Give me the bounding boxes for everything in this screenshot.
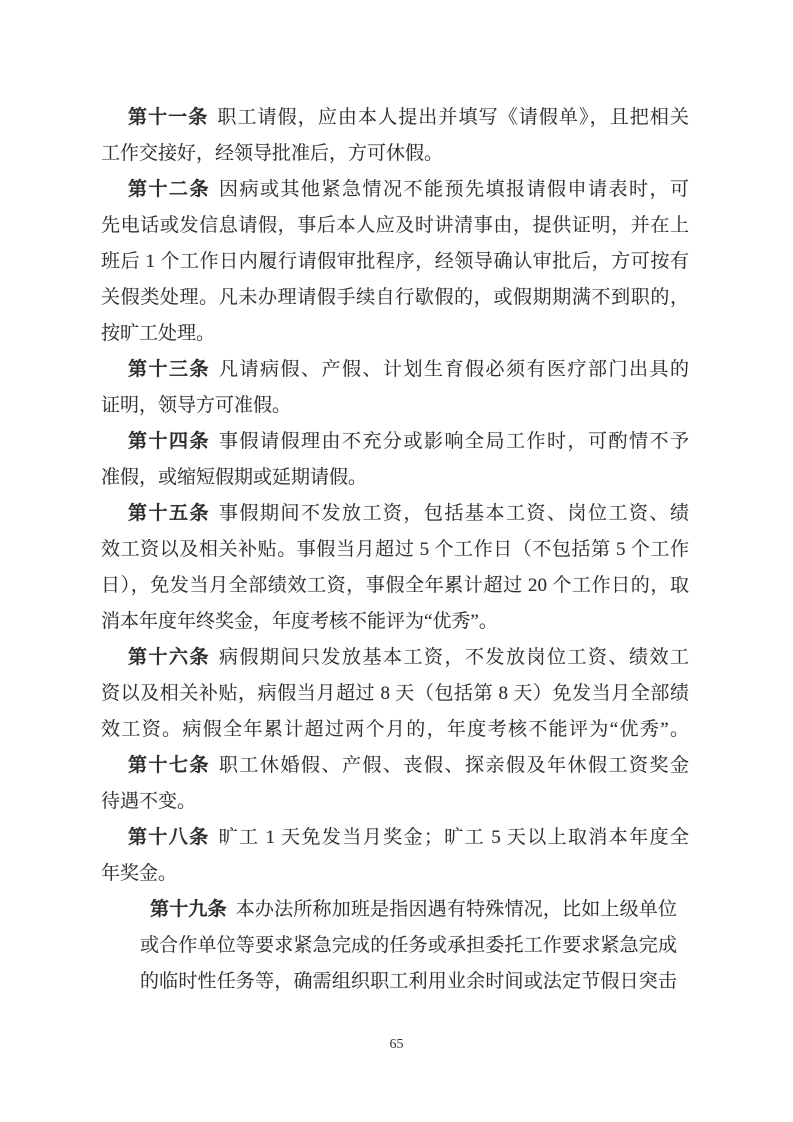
article-line: 年奖金。	[101, 856, 689, 892]
article-heading: 第十一条	[128, 107, 208, 128]
article-line: 第十一条职工请假，应由本人提出并填写《请假单》，且把相关	[101, 100, 689, 136]
article-line: 的临时性任务等，确需组织职工利用业余时间或法定节假日突击完	[140, 964, 677, 1000]
article-text: 因病或其他紧急情况不能预先填报请假申请表时，可	[219, 179, 689, 200]
article-line: 班后 1 个工作日内履行请假审批程序，经领导确认审批后，方可按有	[101, 244, 689, 280]
document-page: 第十一条职工请假，应由本人提出并填写《请假单》，且把相关 工作交接好，经领导批准…	[0, 0, 793, 1122]
article-line: 先电话或发信息请假，事后本人应及时讲清事由，提供证明，并在上	[101, 208, 689, 244]
article-text: 本办法所称加班是指因遇有特殊情况，比如上级单位	[236, 899, 677, 920]
article-line: 资以及相关补贴，病假当月超过 8 天（包括第 8 天）免发当月全部绩	[101, 676, 689, 712]
article-line: 证明，领导方可准假。	[101, 388, 689, 424]
article-text: 病假期间只发放基本工资，不发放岗位工资、绩效工	[219, 647, 689, 668]
article-line: 第十九条本办法所称加班是指因遇有特殊情况，比如上级单位	[101, 892, 677, 928]
article-heading: 第十五条	[128, 503, 210, 524]
article-text: 旷工 1 天免发当月奖金；旷工 5 天以上取消本年度全	[219, 827, 689, 848]
article-text: 事假请假理由不充分或影响全局工作时，可酌情不予	[219, 431, 689, 452]
article-line: 按旷工处理。	[101, 316, 689, 352]
article-line: 第十八条旷工 1 天免发当月奖金；旷工 5 天以上取消本年度全	[101, 820, 689, 856]
article-line: 第十六条病假期间只发放基本工资，不发放岗位工资、绩效工	[101, 640, 689, 676]
article-text: 事假期间不发放工资，包括基本工资、岗位工资、绩	[219, 503, 689, 524]
article-line: 关假类处理。凡未办理请假手续自行歇假的，或假期期满不到职的，	[101, 280, 689, 316]
article-line: 待遇不变。	[101, 784, 689, 820]
article-line: 第十七条职工休婚假、产假、丧假、探亲假及年休假工资奖金	[101, 748, 689, 784]
article-line: 或合作单位等要求紧急完成的任务或承担委托工作要求紧急完成	[140, 928, 677, 964]
article-line: 第十三条凡请病假、产假、计划生育假必须有医疗部门出具的	[101, 352, 689, 388]
article-line: 准假，或缩短假期或延期请假。	[101, 460, 689, 496]
page-number: 65	[0, 1036, 793, 1054]
article-heading: 第十六条	[128, 647, 210, 668]
document-body: 第十一条职工请假，应由本人提出并填写《请假单》，且把相关 工作交接好，经领导批准…	[101, 100, 689, 1000]
article-line: 第十二条因病或其他紧急情况不能预先填报请假申请表时，可	[101, 172, 689, 208]
article-heading: 第十九条	[150, 899, 227, 920]
article-line: 第十五条事假期间不发放工资，包括基本工资、岗位工资、绩	[101, 496, 689, 532]
article-line: 日），免发当月全部绩效工资，事假全年累计超过 20 个工作日的，取	[101, 568, 689, 604]
article-heading: 第十四条	[128, 431, 210, 452]
article-heading: 第十三条	[128, 359, 210, 380]
article-heading: 第十八条	[128, 827, 210, 848]
article-heading: 第十二条	[128, 179, 210, 200]
article-heading: 第十七条	[128, 755, 210, 776]
article-line: 效工资以及相关补贴。事假当月超过 5 个工作日（不包括第 5 个工作	[101, 532, 689, 568]
article-text: 职工请假，应由本人提出并填写《请假单》，且把相关	[217, 107, 689, 128]
article-line: 工作交接好，经领导批准后，方可休假。	[101, 136, 689, 172]
article-text: 凡请病假、产假、计划生育假必须有医疗部门出具的	[219, 359, 689, 380]
article-line: 消本年度年终奖金，年度考核不能评为“优秀”。	[101, 604, 689, 640]
article-line: 第十四条事假请假理由不充分或影响全局工作时，可酌情不予	[101, 424, 689, 460]
article-text: 职工休婚假、产假、丧假、探亲假及年休假工资奖金	[219, 755, 689, 776]
article-line: 效工资。病假全年累计超过两个月的，年度考核不能评为“优秀”。	[101, 712, 689, 748]
